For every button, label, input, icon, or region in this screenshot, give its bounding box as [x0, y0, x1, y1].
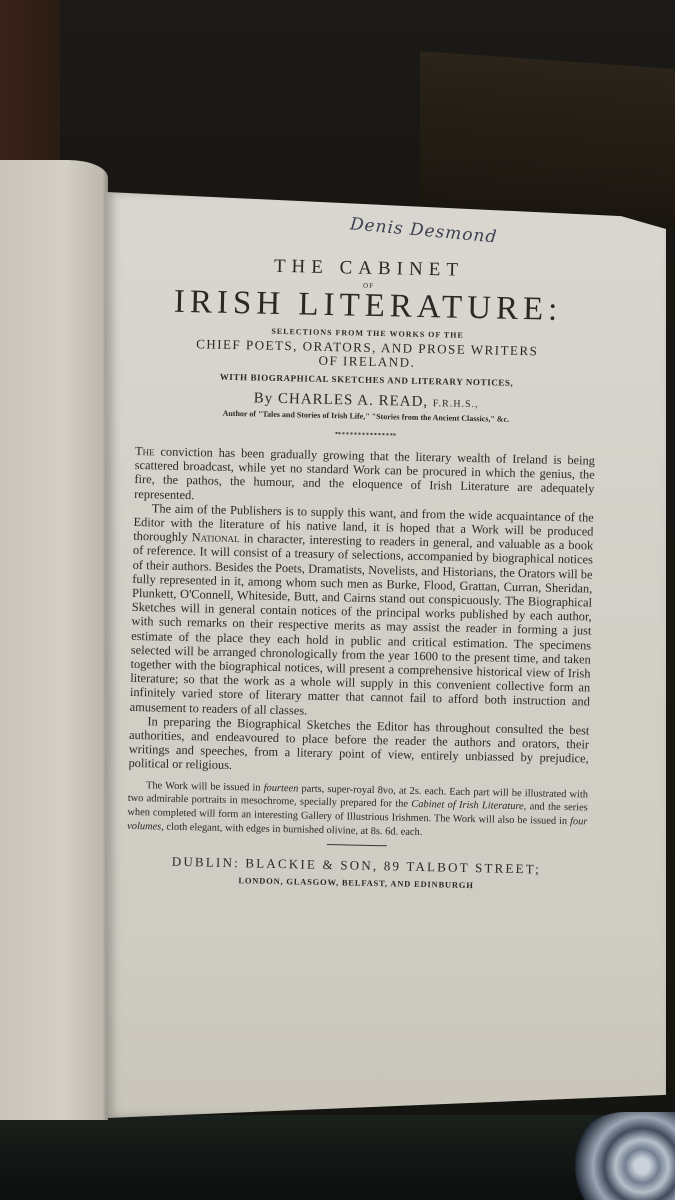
- notice-paragraph: The Work will be issued in fourteen part…: [127, 779, 588, 844]
- background-shelf-right: [420, 51, 675, 229]
- notice-text-a: The Work will be issued in: [146, 780, 264, 793]
- paragraph-2-national: National: [192, 530, 240, 545]
- paragraph-1-lead: The: [135, 444, 155, 458]
- ornamental-divider: [335, 426, 395, 435]
- author-credentials: F.R.H.S.,: [433, 398, 479, 410]
- paragraph-1: The conviction has been gradually growin…: [134, 444, 595, 510]
- notice-fourteen: fourteen: [264, 782, 299, 794]
- horizontal-rule: [327, 844, 387, 846]
- paragraph-1-text: conviction has been gradually growing th…: [134, 444, 595, 501]
- title-page-content: Denis Desmond THE CABINET OF IRISH LITER…: [126, 215, 600, 892]
- subtitle-with: WITH BIOGRAPHICAL SKETCHES AND LITERARY …: [137, 370, 597, 390]
- prospectus-body: The conviction has been gradually growin…: [128, 444, 595, 780]
- author-name: By CHARLES A. READ,: [254, 390, 429, 410]
- subtitle-chief: CHIEF POETS, ORATORS, AND PROSE WRITERS …: [137, 336, 597, 374]
- paragraph-3: In preparing the Biographical Sketches t…: [128, 714, 589, 780]
- paragraph-2: The aim of the Publishers is to supply t…: [130, 501, 594, 724]
- notice-text-d: , cloth elegant, with edges in burnished…: [161, 822, 422, 838]
- left-page: [0, 160, 108, 1120]
- paragraph-2-text-b: in character, interesting to readers in …: [130, 531, 594, 717]
- subtitle-chief-line2: OF IRELAND.: [318, 353, 415, 370]
- publication-notice: The Work will be issued in fourteen part…: [127, 779, 588, 844]
- notice-cabinet: Cabinet of Irish Literature: [411, 799, 524, 812]
